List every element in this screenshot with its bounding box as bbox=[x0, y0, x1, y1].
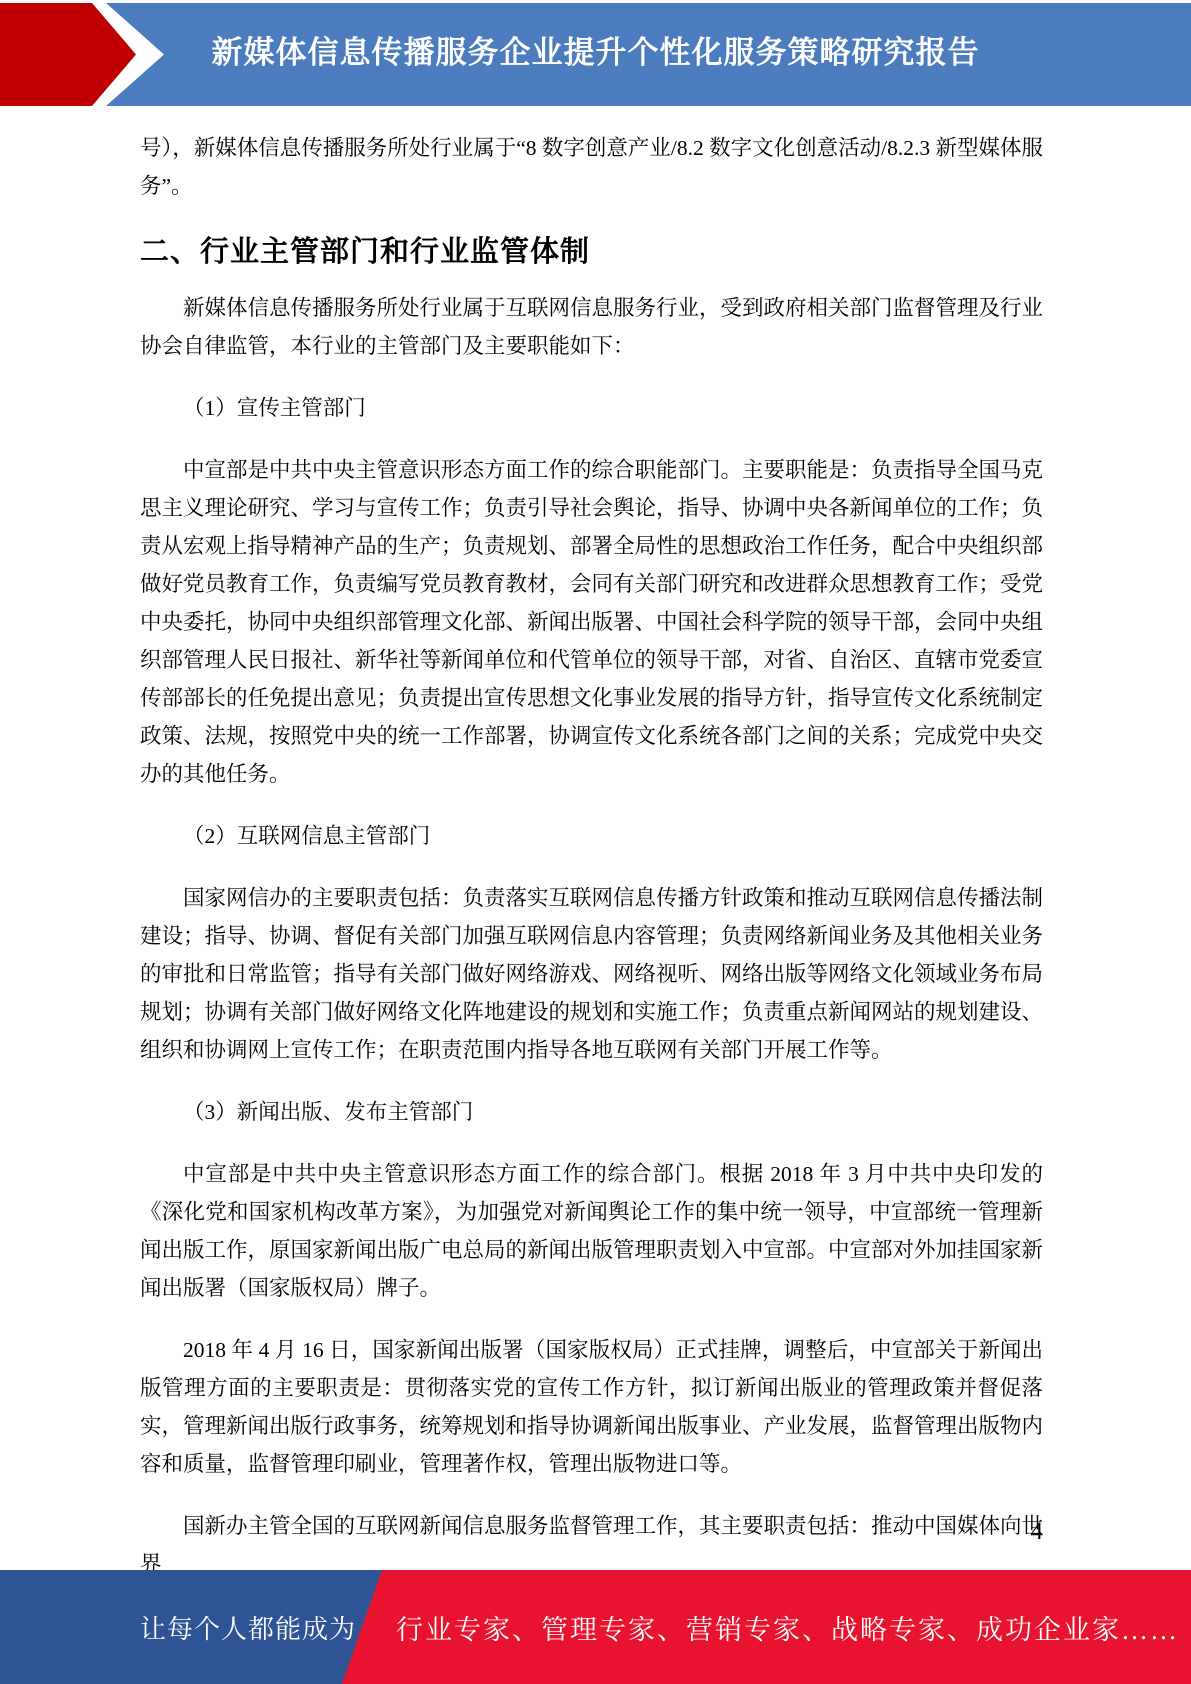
list-item-2-label: （2）互联网信息主管部门 bbox=[140, 817, 1043, 855]
paragraph: 国家网信办的主要职责包括：负责落实互联网信息传播方针政策和推动互联网信息传播法制… bbox=[140, 879, 1043, 1069]
section-heading: 二、行业主管部门和行业监管体制 bbox=[140, 229, 1043, 275]
footer-slogan-right: 行业专家、管理专家、营销专家、战略专家、成功企业家…… bbox=[396, 1570, 1179, 1684]
list-item-3-label: （3）新闻出版、发布主管部门 bbox=[140, 1093, 1043, 1131]
paragraph-continuation: 号），新媒体信息传播服务所处行业属于“8 数字创意产业/8.2 数字文化创意活动… bbox=[140, 129, 1043, 205]
document-body: 号），新媒体信息传播服务所处行业属于“8 数字创意产业/8.2 数字文化创意活动… bbox=[140, 129, 1043, 1607]
page-number: 4 bbox=[140, 1512, 1043, 1552]
footer-slogan-left: 让每个人都能成为 bbox=[140, 1570, 356, 1684]
paragraph: 新媒体信息传播服务所处行业属于互联网信息服务行业，受到政府相关部门监督管理及行业… bbox=[140, 289, 1043, 365]
report-title: 新媒体信息传播服务企业提升个性化服务策略研究报告 bbox=[0, 3, 1191, 106]
list-item-1-label: （1）宣传主管部门 bbox=[140, 389, 1043, 427]
header-banner: 新媒体信息传播服务企业提升个性化服务策略研究报告 bbox=[0, 3, 1191, 106]
footer-banner: 让每个人都能成为 行业专家、管理专家、营销专家、战略专家、成功企业家…… bbox=[0, 1570, 1191, 1684]
paragraph: 中宣部是中共中央主管意识形态方面工作的综合部门。根据 2018 年 3 月中共中… bbox=[140, 1155, 1043, 1307]
paragraph: 2018 年 4 月 16 日，国家新闻出版署（国家版权局）正式挂牌，调整后，中… bbox=[140, 1331, 1043, 1483]
paragraph: 中宣部是中共中央主管意识形态方面工作的综合职能部门。主要职能是：负责指导全国马克… bbox=[140, 451, 1043, 793]
document-page: 新媒体信息传播服务企业提升个性化服务策略研究报告 号），新媒体信息传播服务所处行… bbox=[0, 0, 1191, 1684]
